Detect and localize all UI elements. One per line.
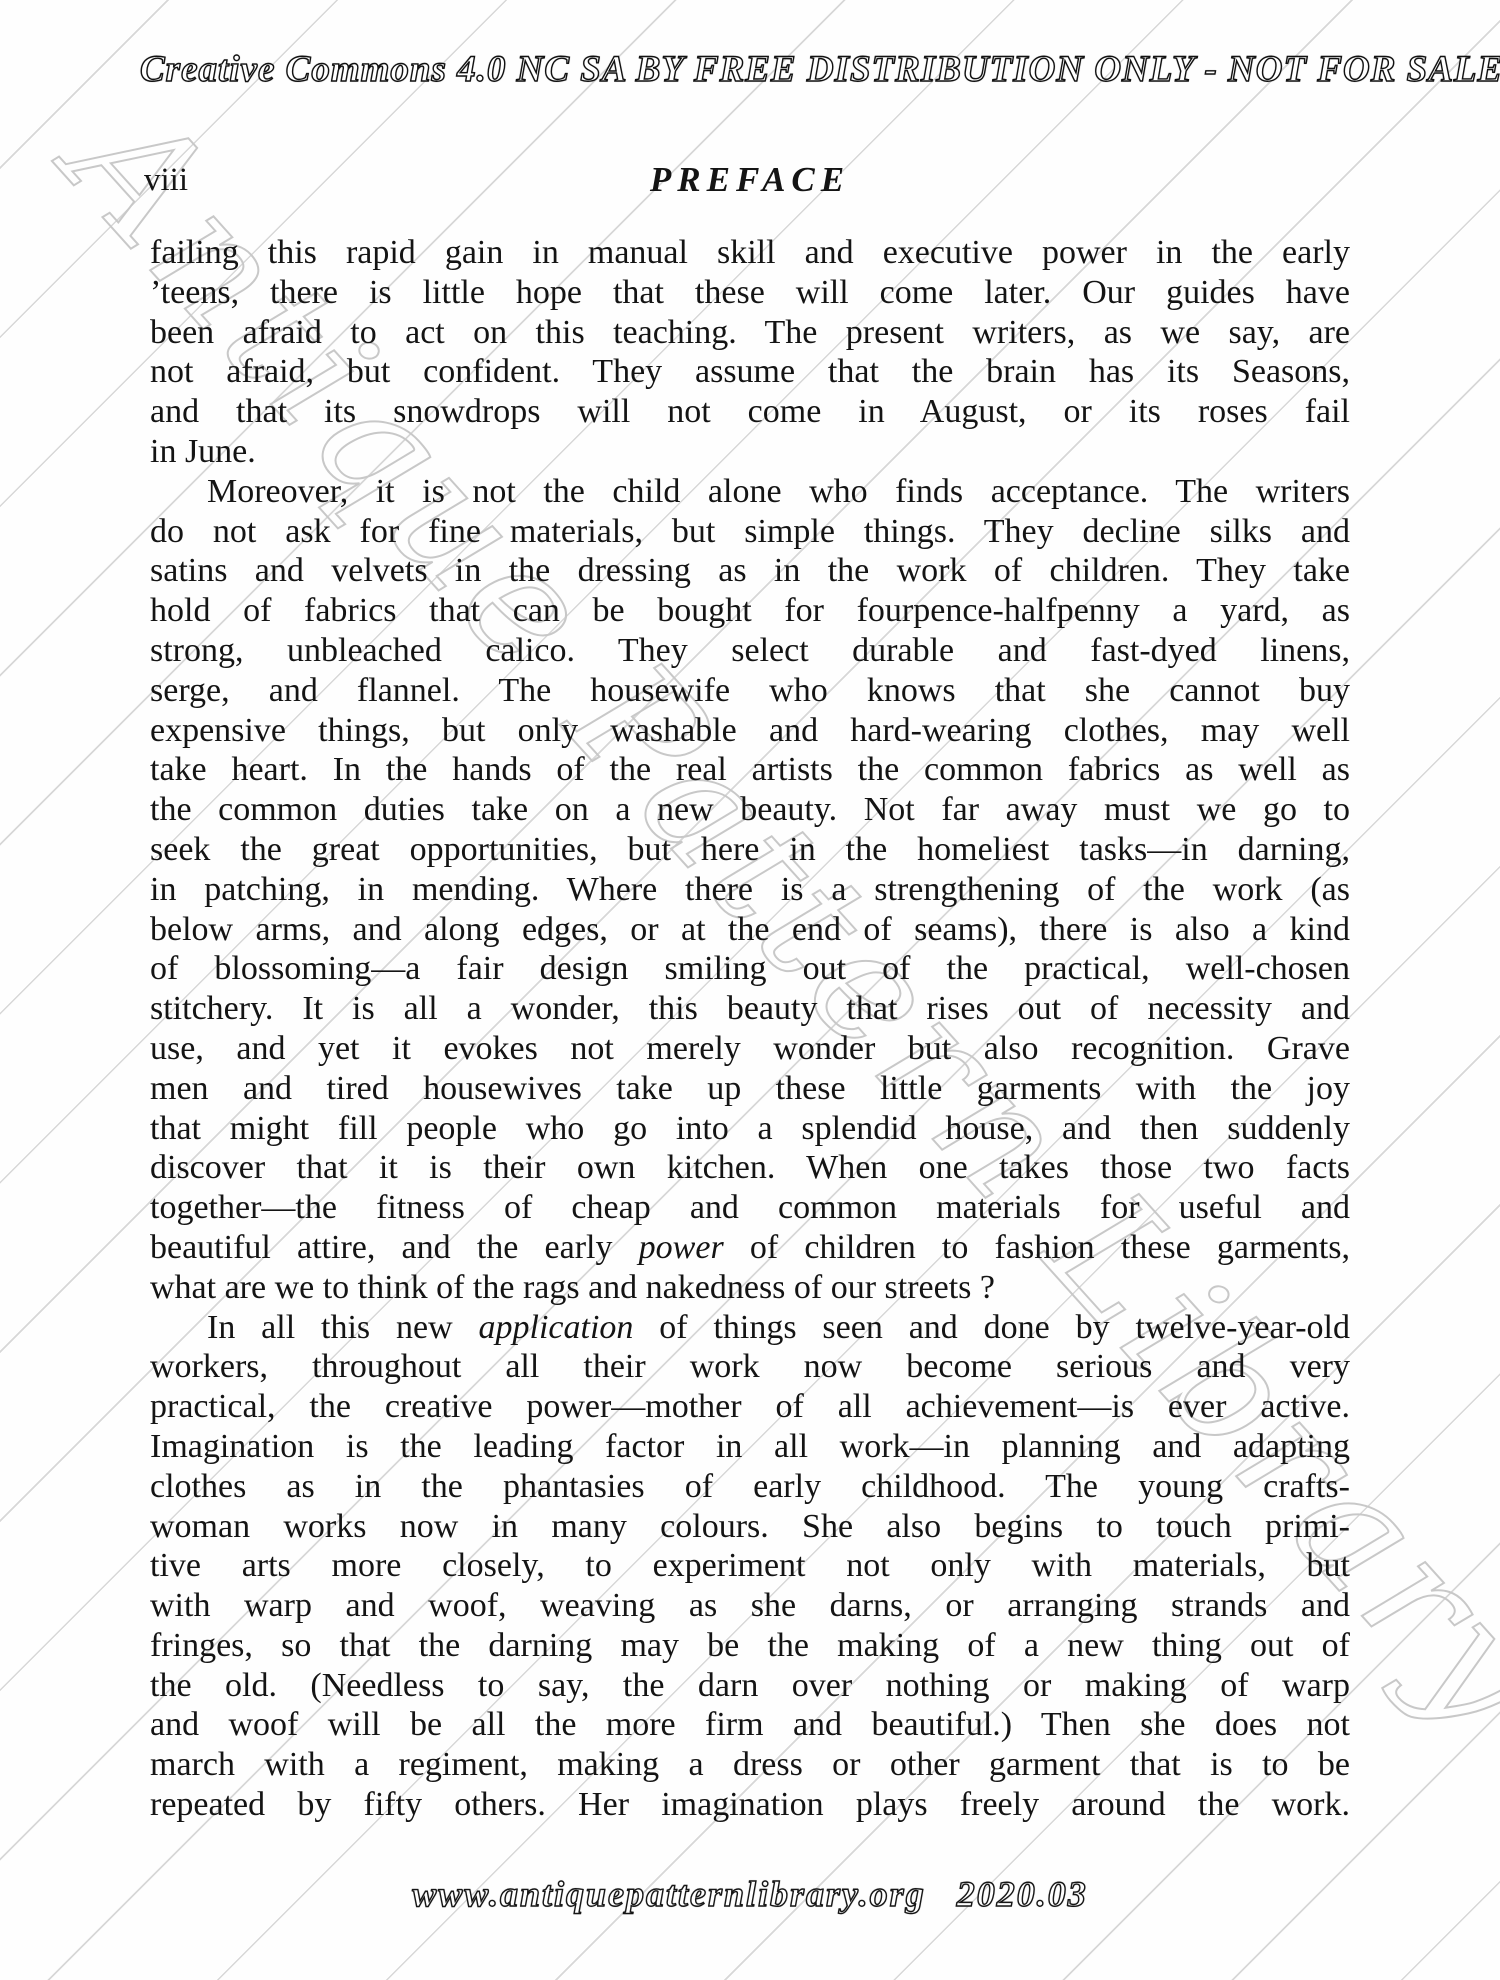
text-line: that might fill people who go into a spl…: [150, 1109, 1350, 1149]
text-line: workers, throughout all their work now b…: [150, 1347, 1350, 1387]
text-line: not afraid, but confident. They assume t…: [150, 352, 1350, 392]
text-line: below arms, and along edges, or at the e…: [150, 910, 1350, 950]
text-line: take heart. In the hands of the real art…: [150, 750, 1350, 790]
text-line: and that its snowdrops will not come in …: [150, 392, 1350, 432]
text-line: the old. (Needless to say, the darn over…: [150, 1666, 1350, 1706]
scanned-book-page: Antique Pattern Library Creative Commons…: [0, 0, 1500, 1980]
page-head: viii PREFACE: [150, 158, 1350, 204]
text-line: with warp and woof, weaving as she darns…: [150, 1586, 1350, 1626]
body-text: failing this rapid gain in manual skill …: [150, 233, 1350, 1825]
text-line: what are we to think of the rags and nak…: [150, 1268, 1350, 1308]
text-line: beautiful attire, and the early power of…: [150, 1228, 1350, 1268]
text-line: do not ask for fine materials, but simpl…: [150, 512, 1350, 552]
text-line: Imagination is the leading factor in all…: [150, 1427, 1350, 1467]
text-line: discover that it is their own kitchen. W…: [150, 1148, 1350, 1188]
license-notice: Creative Commons 4.0 NC SA BY FREE DISTR…: [140, 50, 1360, 90]
text-line: of blossoming—a fair design smiling out …: [150, 949, 1350, 989]
text-line: in patching, in mending. Where there is …: [150, 870, 1350, 910]
text-line: practical, the creative power—mother of …: [150, 1387, 1350, 1427]
text-line: the common duties take on a new beauty. …: [150, 790, 1350, 830]
text-line: in June.: [150, 432, 1350, 472]
text-line: hold of fabrics that can be bought for f…: [150, 591, 1350, 631]
text-line: and woof will be all the more firm and b…: [150, 1705, 1350, 1745]
text-line: together—the fitness of cheap and common…: [150, 1188, 1350, 1228]
text-line: satins and velvets in the dressing as in…: [150, 551, 1350, 591]
text-line: In all this new application of things se…: [150, 1308, 1350, 1348]
page-title: PREFACE: [150, 158, 1350, 202]
text-line: stitchery. It is all a wonder, this beau…: [150, 989, 1350, 1029]
text-line: Moreover, it is not the child alone who …: [150, 472, 1350, 512]
text-line: seek the great opportunities, but here i…: [150, 830, 1350, 870]
text-line: serge, and flannel. The housewife who kn…: [150, 671, 1350, 711]
text-line: been afraid to act on this teaching. The…: [150, 313, 1350, 353]
text-line: woman works now in many colours. She als…: [150, 1507, 1350, 1547]
footer-url: www.antiquepatternlibrary.org 2020.03: [150, 1872, 1350, 1916]
page-content: Creative Commons 4.0 NC SA BY FREE DISTR…: [0, 0, 1500, 1980]
text-line: men and tired housewives take up these l…: [150, 1069, 1350, 1109]
text-line: march with a regiment, making a dress or…: [150, 1745, 1350, 1785]
text-line: tive arts more closely, to experiment no…: [150, 1546, 1350, 1586]
text-line: ’teens, there is little hope that these …: [150, 273, 1350, 313]
text-line: clothes as in the phantasies of early ch…: [150, 1467, 1350, 1507]
text-line: fringes, so that the darning may be the …: [150, 1626, 1350, 1666]
text-line: expensive things, but only washable and …: [150, 711, 1350, 751]
text-line: use, and yet it evokes not merely wonder…: [150, 1029, 1350, 1069]
text-line: strong, unbleached calico. They select d…: [150, 631, 1350, 671]
text-line: failing this rapid gain in manual skill …: [150, 233, 1350, 273]
text-line: repeated by fifty others. Her imaginatio…: [150, 1785, 1350, 1825]
